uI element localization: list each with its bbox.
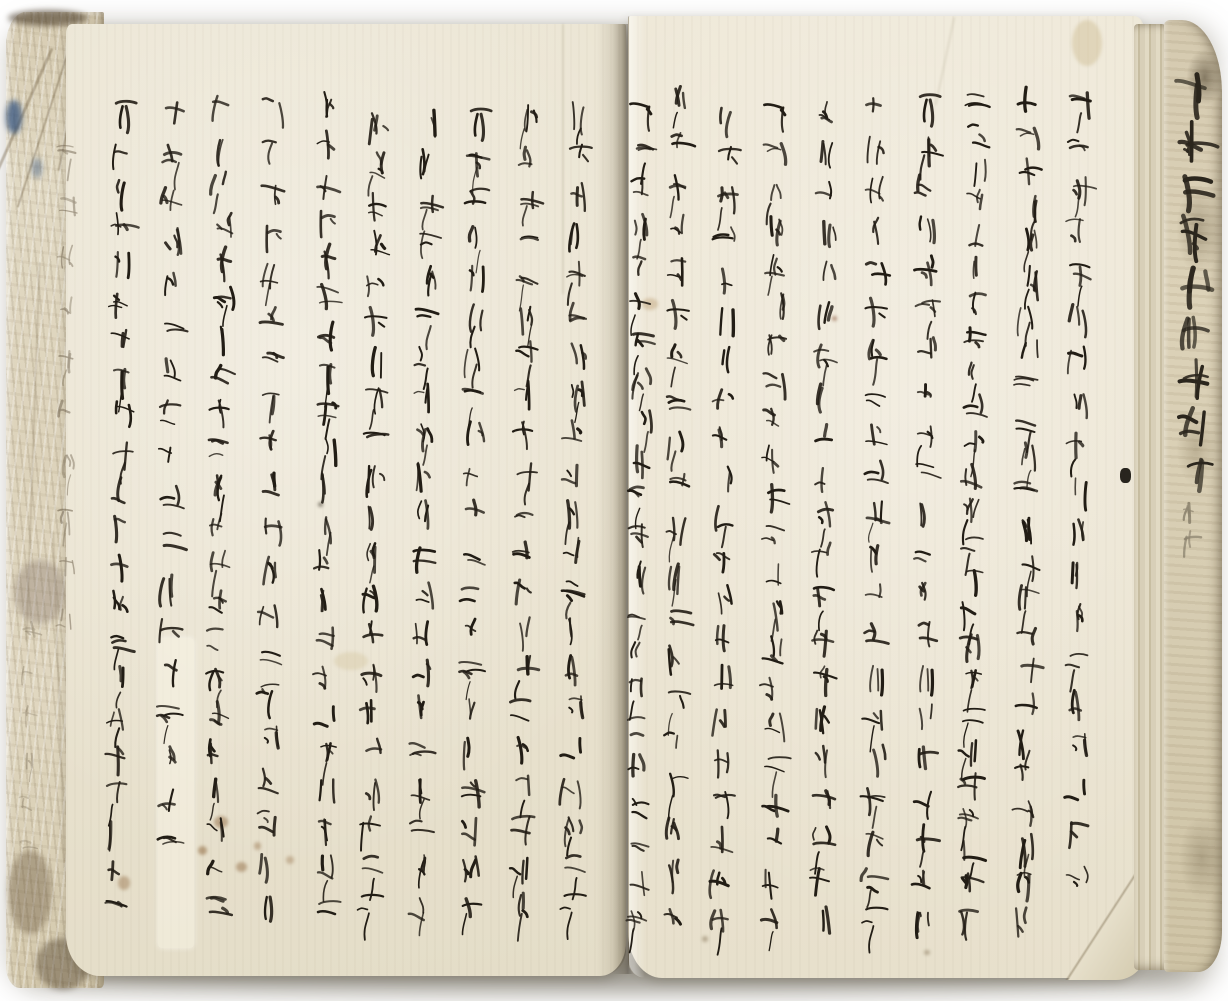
calligraphy-glyph bbox=[204, 508, 238, 546]
calligraphy-glyph bbox=[363, 225, 397, 264]
calligraphy-glyph bbox=[961, 85, 995, 120]
calligraphy-glyph bbox=[623, 594, 657, 633]
calligraphy-glyph bbox=[357, 732, 391, 771]
calligraphy-glyph bbox=[507, 690, 541, 730]
calligraphy-glyph bbox=[1063, 381, 1097, 424]
calligraphy-glyph bbox=[204, 546, 238, 584]
calligraphy-glyph bbox=[1010, 582, 1044, 618]
calligraphy-glyph bbox=[810, 174, 844, 215]
calligraphy-glyph bbox=[806, 618, 840, 659]
calligraphy-glyph bbox=[458, 692, 492, 732]
calligraphy-glyph bbox=[627, 402, 661, 441]
calligraphy-glyph bbox=[861, 171, 895, 212]
calligraphy-glyph bbox=[627, 172, 661, 211]
calligraphy-glyph bbox=[707, 420, 741, 460]
calligraphy-glyph bbox=[107, 133, 141, 171]
calligraphy-glyph bbox=[907, 860, 941, 901]
calligraphy-glyph bbox=[713, 139, 747, 179]
calligraphy-glyph bbox=[460, 259, 494, 299]
calligraphy-glyph bbox=[1064, 553, 1098, 596]
calligraphy-glyph bbox=[1062, 424, 1096, 467]
calligraphy-glyph bbox=[510, 454, 544, 494]
calligraphy-glyph bbox=[626, 441, 660, 480]
calligraphy-glyph bbox=[313, 317, 347, 355]
calligraphy-glyph bbox=[627, 95, 661, 134]
calligraphy-glyph bbox=[761, 326, 795, 365]
calligraphy-glyph bbox=[911, 331, 945, 372]
calligraphy-glyph bbox=[208, 91, 242, 129]
calligraphy-glyph bbox=[105, 510, 139, 548]
calligraphy-glyph bbox=[507, 730, 541, 770]
calligraphy-glyph bbox=[911, 494, 945, 535]
calligraphy-glyph bbox=[310, 812, 344, 850]
calligraphy-glyph bbox=[259, 130, 293, 172]
calligraphy-glyph bbox=[860, 211, 894, 252]
left-page-column-10 bbox=[102, 95, 142, 927]
calligraphy-glyph bbox=[862, 252, 896, 293]
calligraphy-glyph bbox=[355, 810, 389, 849]
ink-blot bbox=[1120, 468, 1131, 483]
calligraphy-glyph bbox=[860, 374, 894, 415]
calligraphy-glyph bbox=[759, 173, 793, 212]
calligraphy-glyph bbox=[710, 500, 744, 540]
left-page-column-6 bbox=[310, 88, 347, 926]
calligraphy-glyph bbox=[17, 650, 43, 694]
calligraphy-glyph bbox=[706, 821, 740, 861]
calligraphy-glyph bbox=[1011, 368, 1045, 404]
calligraphy-glyph bbox=[626, 287, 660, 326]
calligraphy-glyph bbox=[910, 575, 944, 616]
calligraphy-glyph bbox=[558, 492, 592, 532]
calligraphy-glyph bbox=[808, 820, 842, 861]
calligraphy-glyph bbox=[911, 616, 945, 657]
calligraphy-glyph bbox=[312, 469, 346, 507]
left-page-column-3 bbox=[454, 102, 497, 928]
calligraphy-glyph bbox=[808, 416, 842, 457]
calligraphy-glyph bbox=[407, 457, 441, 496]
calligraphy-glyph bbox=[461, 417, 495, 457]
calligraphy-glyph bbox=[508, 572, 542, 612]
calligraphy-glyph bbox=[1011, 831, 1045, 867]
calligraphy-glyph bbox=[957, 562, 991, 597]
calligraphy-glyph bbox=[860, 738, 894, 779]
calligraphy-glyph bbox=[1013, 297, 1047, 333]
calligraphy-glyph bbox=[155, 522, 189, 565]
calligraphy-glyph bbox=[56, 544, 86, 596]
calligraphy-glyph bbox=[914, 87, 948, 128]
calligraphy-glyph bbox=[312, 431, 346, 469]
calligraphy-glyph bbox=[756, 671, 790, 710]
calligraphy-glyph bbox=[209, 129, 243, 167]
calligraphy-glyph bbox=[203, 697, 237, 735]
calligraphy-glyph bbox=[560, 531, 594, 571]
calligraphy-glyph bbox=[253, 802, 287, 844]
calligraphy-glyph bbox=[456, 652, 490, 692]
calligraphy-glyph bbox=[1063, 682, 1097, 725]
calligraphy-glyph bbox=[709, 220, 743, 260]
right-page-column-5 bbox=[858, 90, 896, 941]
calligraphy-glyph bbox=[661, 766, 695, 809]
calligraphy-glyph bbox=[55, 180, 85, 232]
right-page-column-6 bbox=[806, 93, 846, 941]
calligraphy-glyph bbox=[361, 186, 395, 225]
calligraphy-glyph bbox=[663, 508, 697, 551]
calligraphy-glyph bbox=[1173, 354, 1217, 401]
calligraphy-glyph bbox=[908, 819, 942, 860]
calligraphy-glyph bbox=[54, 336, 84, 388]
calligraphy-glyph bbox=[562, 255, 596, 295]
calligraphy-glyph bbox=[19, 606, 45, 650]
calligraphy-glyph bbox=[403, 848, 437, 887]
calligraphy-glyph bbox=[759, 249, 793, 288]
calligraphy-glyph bbox=[563, 216, 597, 256]
calligraphy-glyph bbox=[1012, 226, 1046, 262]
calligraphy-glyph bbox=[711, 340, 745, 380]
calligraphy-glyph bbox=[810, 335, 844, 376]
calligraphy-glyph bbox=[909, 412, 943, 453]
calligraphy-glyph bbox=[1173, 166, 1217, 213]
calligraphy-glyph bbox=[1008, 867, 1042, 903]
calligraphy-glyph bbox=[512, 178, 546, 218]
calligraphy-glyph bbox=[556, 768, 590, 808]
calligraphy-glyph bbox=[759, 594, 793, 633]
calligraphy-glyph bbox=[957, 528, 991, 563]
calligraphy-glyph bbox=[963, 119, 997, 154]
calligraphy-glyph bbox=[961, 289, 995, 324]
calligraphy-glyph bbox=[408, 691, 442, 730]
calligraphy-glyph bbox=[55, 284, 85, 336]
calligraphy-glyph bbox=[708, 460, 742, 500]
calligraphy-glyph bbox=[156, 178, 190, 221]
calligraphy-glyph bbox=[312, 165, 346, 203]
calligraphy-glyph bbox=[912, 128, 946, 169]
calligraphy-glyph bbox=[511, 375, 545, 415]
calligraphy-glyph bbox=[756, 900, 790, 939]
calligraphy-glyph bbox=[206, 318, 240, 356]
calligraphy-glyph bbox=[312, 774, 346, 812]
calligraphy-glyph bbox=[910, 738, 944, 779]
calligraphy-glyph bbox=[460, 142, 494, 182]
calligraphy-glyph bbox=[253, 592, 287, 634]
calligraphy-glyph bbox=[506, 769, 540, 809]
calligraphy-glyph bbox=[106, 586, 140, 624]
calligraphy-glyph bbox=[559, 650, 593, 690]
right-page-column-10 bbox=[622, 95, 662, 940]
calligraphy-glyph bbox=[106, 322, 140, 360]
calligraphy-glyph bbox=[707, 540, 741, 580]
calligraphy-glyph bbox=[453, 810, 487, 850]
calligraphy-glyph bbox=[411, 261, 445, 300]
right-page-column-2 bbox=[1009, 84, 1049, 938]
calligraphy-glyph bbox=[707, 661, 741, 701]
calligraphy-glyph bbox=[17, 826, 43, 870]
calligraphy-glyph bbox=[663, 551, 697, 594]
calligraphy-glyph bbox=[208, 356, 242, 394]
calligraphy-glyph bbox=[622, 671, 656, 710]
calligraphy-glyph bbox=[205, 394, 239, 432]
calligraphy-glyph bbox=[807, 780, 841, 821]
calligraphy-glyph bbox=[626, 364, 660, 403]
calligraphy-glyph bbox=[910, 168, 944, 209]
spine-faded-text-column bbox=[18, 606, 44, 870]
calligraphy-glyph bbox=[963, 153, 997, 188]
calligraphy-glyph bbox=[663, 465, 697, 508]
calligraphy-glyph bbox=[661, 852, 695, 895]
calligraphy-glyph bbox=[660, 809, 694, 852]
calligraphy-glyph bbox=[460, 338, 494, 378]
calligraphy-glyph bbox=[708, 781, 742, 821]
calligraphy-glyph bbox=[858, 778, 892, 819]
calligraphy-glyph bbox=[103, 548, 137, 586]
calligraphy-glyph bbox=[1064, 166, 1098, 209]
calligraphy-glyph bbox=[19, 694, 45, 738]
calligraphy-glyph bbox=[1064, 123, 1098, 166]
right-page-column-1 bbox=[1061, 80, 1099, 897]
calligraphy-glyph bbox=[1064, 467, 1098, 510]
calligraphy-glyph bbox=[354, 653, 388, 692]
calligraphy-glyph bbox=[459, 377, 493, 417]
calligraphy-glyph bbox=[259, 214, 293, 256]
calligraphy-glyph bbox=[256, 550, 290, 592]
calligraphy-glyph bbox=[808, 376, 842, 417]
calligraphy-glyph bbox=[624, 518, 658, 557]
calligraphy-glyph bbox=[628, 249, 662, 288]
calligraphy-glyph bbox=[808, 901, 842, 942]
calligraphy-glyph bbox=[558, 808, 592, 848]
calligraphy-glyph bbox=[205, 432, 239, 470]
calligraphy-glyph bbox=[1012, 653, 1046, 689]
calligraphy-glyph bbox=[253, 760, 287, 802]
calligraphy-glyph bbox=[1016, 190, 1050, 226]
calligraphy-glyph bbox=[355, 614, 389, 653]
calligraphy-glyph bbox=[360, 459, 394, 498]
calligraphy-glyph bbox=[508, 809, 542, 849]
calligraphy-glyph bbox=[1179, 528, 1205, 558]
calligraphy-glyph bbox=[909, 697, 943, 738]
calligraphy-glyph bbox=[509, 612, 543, 652]
calligraphy-glyph bbox=[760, 211, 794, 250]
calligraphy-glyph bbox=[911, 534, 945, 575]
calligraphy-glyph bbox=[106, 435, 140, 473]
calligraphy-glyph bbox=[209, 205, 243, 243]
calligraphy-glyph bbox=[511, 139, 545, 179]
calligraphy-glyph bbox=[313, 203, 347, 241]
calligraphy-glyph bbox=[55, 492, 85, 544]
calligraphy-glyph bbox=[961, 255, 995, 290]
calligraphy-glyph bbox=[107, 397, 141, 435]
left-page-column-2 bbox=[506, 100, 547, 927]
calligraphy-glyph bbox=[1174, 448, 1218, 495]
calligraphy-glyph bbox=[661, 680, 695, 723]
calligraphy-glyph bbox=[55, 440, 85, 492]
calligraphy-glyph bbox=[711, 180, 745, 220]
calligraphy-glyph bbox=[1013, 119, 1047, 155]
calligraphy-glyph bbox=[1062, 596, 1096, 639]
calligraphy-glyph bbox=[101, 888, 135, 926]
calligraphy-glyph bbox=[711, 300, 745, 340]
calligraphy-glyph bbox=[557, 847, 591, 887]
calligraphy-glyph bbox=[208, 280, 242, 318]
calligraphy-glyph bbox=[961, 357, 995, 392]
back-cover-edge bbox=[1164, 20, 1222, 972]
calligraphy-glyph bbox=[359, 537, 393, 576]
calligraphy-glyph bbox=[508, 415, 542, 455]
calligraphy-glyph bbox=[412, 144, 446, 183]
calligraphy-glyph bbox=[201, 735, 235, 773]
cover-title-column bbox=[1172, 72, 1216, 495]
calligraphy-glyph bbox=[257, 298, 291, 340]
calligraphy-glyph bbox=[156, 737, 190, 780]
calligraphy-glyph bbox=[960, 221, 994, 256]
calligraphy-glyph bbox=[812, 255, 846, 296]
calligraphy-glyph bbox=[259, 88, 293, 130]
calligraphy-glyph bbox=[353, 770, 387, 809]
right-page-column-8 bbox=[705, 99, 746, 941]
calligraphy-glyph bbox=[955, 630, 989, 665]
calligraphy-glyph bbox=[107, 359, 141, 397]
calligraphy-glyph bbox=[808, 537, 842, 578]
calligraphy-glyph bbox=[352, 887, 386, 926]
calligraphy-glyph bbox=[662, 121, 696, 164]
calligraphy-glyph bbox=[405, 769, 439, 808]
calligraphy-glyph bbox=[255, 718, 289, 760]
calligraphy-glyph bbox=[106, 246, 140, 284]
calligraphy-glyph bbox=[204, 584, 238, 622]
calligraphy-glyph bbox=[409, 535, 443, 574]
calligraphy-glyph bbox=[1062, 811, 1096, 854]
calligraphy-glyph bbox=[809, 497, 843, 538]
calligraphy-glyph bbox=[310, 850, 344, 888]
calligraphy-glyph bbox=[810, 295, 844, 336]
calligraphy-glyph bbox=[858, 819, 892, 860]
calligraphy-glyph bbox=[18, 738, 44, 782]
calligraphy-glyph bbox=[661, 723, 695, 766]
calligraphy-glyph bbox=[17, 782, 43, 826]
calligraphy-glyph bbox=[408, 496, 442, 535]
calligraphy-glyph bbox=[256, 634, 290, 676]
calligraphy-glyph bbox=[1062, 768, 1096, 811]
calligraphy-glyph bbox=[252, 676, 286, 718]
calligraphy-glyph bbox=[362, 303, 396, 342]
calligraphy-glyph bbox=[861, 414, 895, 455]
calligraphy-glyph bbox=[758, 747, 792, 786]
calligraphy-glyph bbox=[1012, 439, 1046, 475]
calligraphy-glyph bbox=[561, 374, 595, 414]
calligraphy-glyph bbox=[806, 861, 840, 902]
calligraphy-glyph bbox=[758, 824, 792, 863]
calligraphy-glyph bbox=[458, 535, 492, 575]
calligraphy-glyph bbox=[1015, 333, 1049, 369]
calligraphy-glyph bbox=[907, 901, 941, 942]
calligraphy-glyph bbox=[709, 621, 743, 661]
yellow-streak bbox=[1072, 20, 1102, 66]
calligraphy-glyph bbox=[760, 479, 794, 518]
calligraphy-glyph bbox=[562, 334, 596, 374]
calligraphy-glyph bbox=[912, 453, 946, 494]
calligraphy-glyph bbox=[1013, 617, 1047, 653]
calligraphy-glyph bbox=[1062, 639, 1096, 682]
calligraphy-glyph bbox=[564, 137, 598, 177]
calligraphy-glyph bbox=[1174, 307, 1218, 354]
calligraphy-glyph bbox=[858, 859, 892, 900]
calligraphy-glyph bbox=[158, 92, 192, 135]
calligraphy-glyph bbox=[359, 264, 393, 303]
right-page-column-4 bbox=[908, 87, 946, 942]
manuscript-book bbox=[6, 8, 1222, 994]
calligraphy-glyph bbox=[155, 823, 189, 866]
calligraphy-glyph bbox=[662, 594, 696, 637]
calligraphy-glyph bbox=[203, 849, 237, 887]
calligraphy-glyph bbox=[313, 241, 347, 279]
calligraphy-glyph bbox=[1013, 83, 1047, 119]
calligraphy-glyph bbox=[812, 93, 846, 134]
photograph-of-manuscript bbox=[0, 0, 1228, 1001]
left-page-column-5 bbox=[353, 108, 397, 927]
calligraphy-glyph bbox=[207, 167, 241, 205]
calligraphy-glyph bbox=[859, 697, 893, 738]
right-page-column-3 bbox=[953, 85, 997, 938]
calligraphy-glyph bbox=[956, 460, 990, 495]
calligraphy-glyph bbox=[759, 135, 793, 174]
calligraphy-glyph bbox=[861, 131, 895, 172]
calligraphy-glyph bbox=[622, 709, 656, 748]
left-page-column-7 bbox=[251, 88, 294, 928]
calligraphy-glyph bbox=[313, 88, 347, 126]
calligraphy-glyph bbox=[105, 662, 139, 700]
calligraphy-glyph bbox=[510, 336, 544, 376]
calligraphy-glyph bbox=[757, 517, 791, 556]
calligraphy-glyph bbox=[1181, 498, 1207, 528]
calligraphy-glyph bbox=[807, 578, 841, 619]
calligraphy-glyph bbox=[807, 659, 841, 700]
calligraphy-glyph bbox=[1065, 295, 1099, 338]
calligraphy-glyph bbox=[509, 533, 543, 573]
calligraphy-glyph bbox=[909, 779, 943, 820]
calligraphy-glyph bbox=[311, 279, 345, 317]
calligraphy-glyph bbox=[1008, 760, 1042, 796]
calligraphy-glyph bbox=[1012, 546, 1046, 582]
calligraphy-glyph bbox=[154, 608, 188, 651]
calligraphy-glyph bbox=[1063, 209, 1097, 252]
calligraphy-glyph bbox=[1015, 155, 1049, 191]
calligraphy-glyph bbox=[309, 660, 343, 698]
calligraphy-glyph bbox=[457, 770, 491, 810]
calligraphy-glyph bbox=[712, 260, 746, 300]
calligraphy-glyph bbox=[956, 494, 990, 529]
calligraphy-glyph bbox=[660, 379, 694, 422]
calligraphy-glyph bbox=[54, 128, 84, 180]
calligraphy-glyph bbox=[203, 659, 237, 697]
calligraphy-glyph bbox=[857, 616, 891, 657]
calligraphy-glyph bbox=[559, 452, 593, 492]
calligraphy-glyph bbox=[53, 596, 83, 648]
calligraphy-glyph bbox=[759, 556, 793, 595]
calligraphy-glyph bbox=[105, 284, 139, 322]
calligraphy-glyph bbox=[311, 698, 345, 736]
calligraphy-glyph bbox=[660, 637, 694, 680]
calligraphy-glyph bbox=[251, 886, 285, 928]
calligraphy-glyph bbox=[412, 183, 446, 222]
calligraphy-glyph bbox=[103, 699, 137, 737]
calligraphy-glyph bbox=[410, 379, 444, 418]
calligraphy-glyph bbox=[912, 290, 946, 331]
calligraphy-glyph bbox=[958, 323, 992, 358]
calligraphy-glyph bbox=[256, 466, 290, 508]
calligraphy-glyph bbox=[861, 455, 895, 496]
calligraphy-glyph bbox=[102, 737, 136, 775]
calligraphy-glyph bbox=[155, 393, 189, 436]
calligraphy-glyph bbox=[758, 786, 792, 825]
